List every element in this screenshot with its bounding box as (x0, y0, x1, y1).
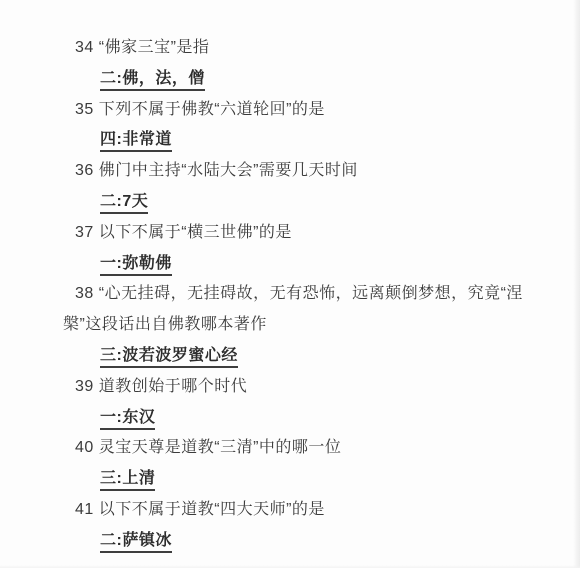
question-block: 36 佛门中主持“水陆大会”需要几天时间 (0, 156, 580, 187)
question-line: 41 以下不属于道教“四大天师”的是 (0, 495, 580, 526)
answer-line: 三:波若波罗蜜心经 (0, 341, 580, 372)
answer-text: 二:佛，法，僧 (100, 69, 205, 91)
answer-text: 二:萨镇冰 (100, 531, 172, 553)
quiz-page: 34 “佛家三宝”是指 二:佛，法，僧 35 下列不属于佛教“六道轮回”的是 四… (0, 0, 580, 568)
quiz-item: 38 “心无挂碍，无挂碍故，无有恐怖，远离颠倒梦想，究竟“涅槃”这段话出自佛教哪… (0, 279, 580, 371)
answer-line: 二:7天 (0, 187, 580, 218)
answer-line: 三:上清 (0, 464, 580, 495)
quiz-item: 39 道教创始于哪个时代 一:东汉 (0, 372, 580, 434)
quiz-item: 40 灵宝天尊是道教“三清”中的哪一位 三:上清 (0, 433, 580, 495)
answer-line: 一:弥勒佛 (0, 249, 580, 280)
answer-text: 四:非常道 (100, 130, 172, 152)
answer-line: 四:非常道 (0, 125, 580, 156)
answer-line: 二:佛，法，僧 (0, 64, 580, 95)
question-block: 35 下列不属于佛教“六道轮回”的是 (0, 95, 580, 126)
answer-text: 三:上清 (100, 469, 155, 491)
quiz-item: 37 以下不属于“横三世佛”的是 一:弥勒佛 (0, 218, 580, 280)
answer-line: 二:萨镇冰 (0, 526, 580, 557)
answer-text: 一:东汉 (100, 408, 155, 430)
question-block: 41 以下不属于道教“四大天师”的是 (0, 495, 580, 526)
quiz-item: 41 以下不属于道教“四大天师”的是 二:萨镇冰 (0, 495, 580, 557)
question-line: 36 佛门中主持“水陆大会”需要几天时间 (0, 156, 580, 187)
question-block: 38 “心无挂碍，无挂碍故，无有恐怖，远离颠倒梦想，究竟“涅槃”这段话出自佛教哪… (0, 279, 580, 341)
question-line: 37 以下不属于“横三世佛”的是 (0, 218, 580, 249)
quiz-item: 34 “佛家三宝”是指 二:佛，法，僧 (0, 33, 580, 95)
answer-text: 二:7天 (100, 192, 148, 214)
question-block: 37 以下不属于“横三世佛”的是 (0, 218, 580, 249)
answer-line: 一:东汉 (0, 403, 580, 434)
answer-text: 三:波若波罗蜜心经 (100, 346, 238, 368)
question-block: 34 “佛家三宝”是指 (0, 33, 580, 64)
question-line: 39 道教创始于哪个时代 (0, 372, 580, 403)
question-continuation-line: 槃”这段话出自佛教哪本著作 (0, 310, 580, 341)
question-line: 35 下列不属于佛教“六道轮回”的是 (0, 95, 580, 126)
quiz-item: 35 下列不属于佛教“六道轮回”的是 四:非常道 (0, 95, 580, 157)
question-line: 38 “心无挂碍，无挂碍故，无有恐怖，远离颠倒梦想，究竟“涅 (0, 279, 580, 310)
answer-text: 一:弥勒佛 (100, 254, 172, 276)
question-line: 34 “佛家三宝”是指 (0, 33, 580, 64)
question-block: 40 灵宝天尊是道教“三清”中的哪一位 (0, 433, 580, 464)
quiz-item: 36 佛门中主持“水陆大会”需要几天时间 二:7天 (0, 156, 580, 218)
question-line: 40 灵宝天尊是道教“三清”中的哪一位 (0, 433, 580, 464)
question-block: 39 道教创始于哪个时代 (0, 372, 580, 403)
quiz-list: 34 “佛家三宝”是指 二:佛，法，僧 35 下列不属于佛教“六道轮回”的是 四… (0, 0, 580, 557)
